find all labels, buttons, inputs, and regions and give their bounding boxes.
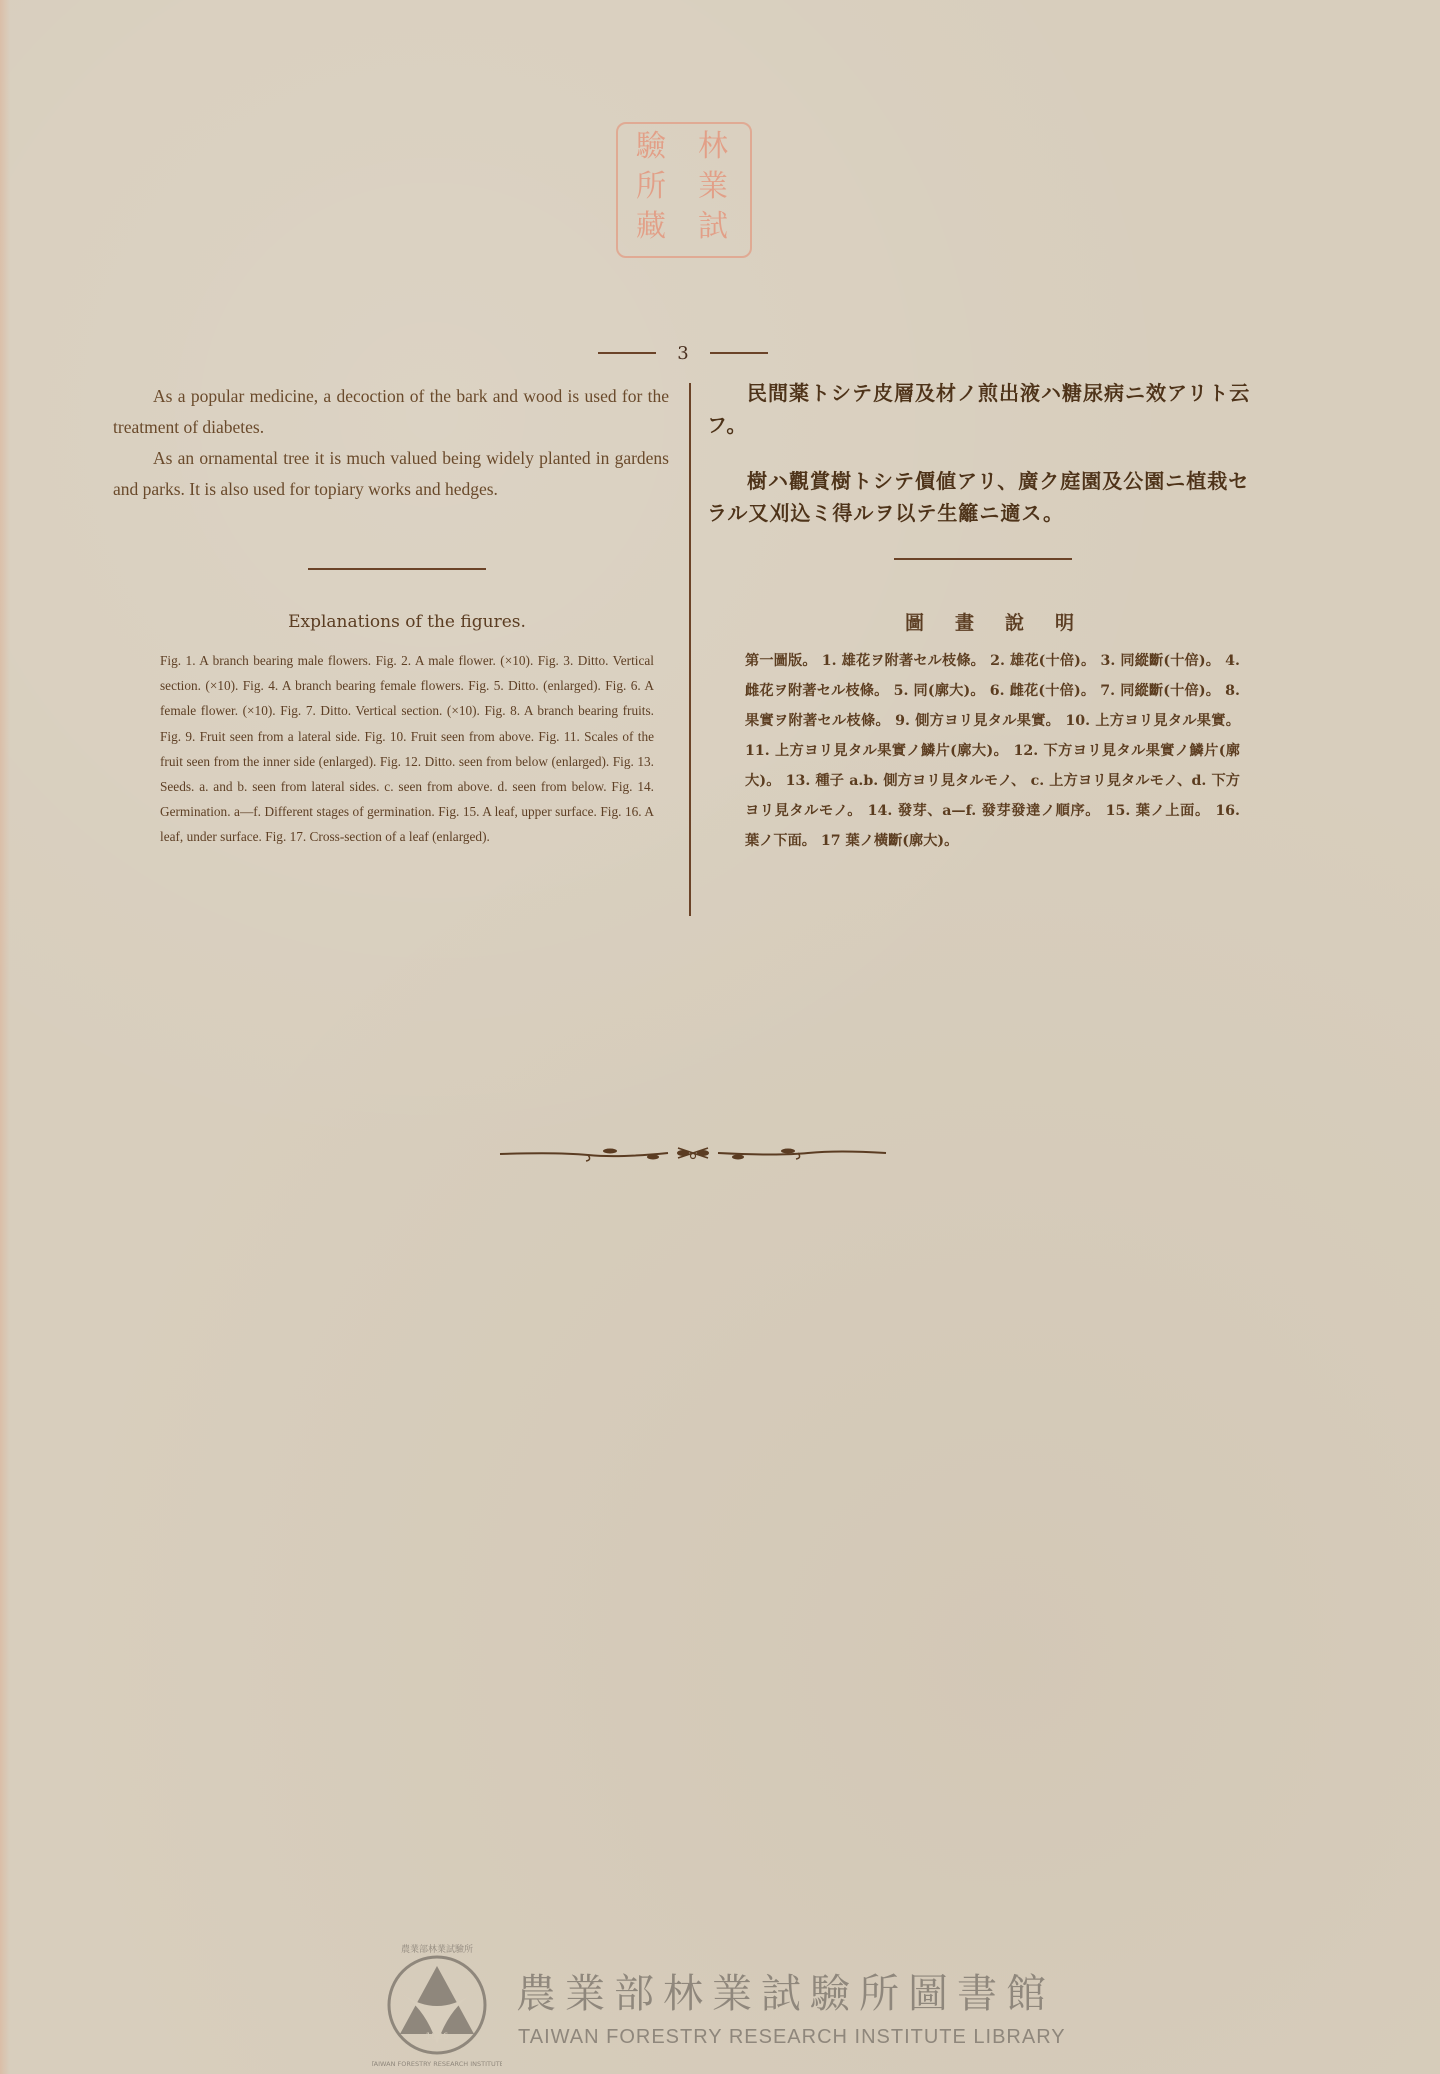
english-paragraph: As an ornamental tree it is much valued … [113, 443, 669, 505]
seal-char: 所 [636, 172, 666, 202]
page-number-header: 3 [598, 340, 768, 366]
section-rule-english [308, 568, 486, 570]
library-name-english: TAIWAN FORESTRY RESEARCH INSTITUTE LIBRA… [518, 2026, 1066, 2049]
logo-year: 1896 [426, 2032, 449, 2042]
library-watermark: 1896 農業部林業試驗所 TAIWAN FORESTRY RESEARCH I… [372, 1940, 1072, 2070]
english-body-text: As a popular medicine, a decoction of th… [113, 381, 669, 505]
column-divider [689, 383, 691, 916]
figures-title-english: Explanations of the figures. [160, 612, 654, 632]
english-paragraph: As a popular medicine, a decoction of th… [113, 381, 669, 443]
page-number: 3 [677, 343, 688, 364]
japanese-body-text: 民間薬トシテ皮層及材ノ煎出液ハ糖尿病ニ效アリト云フ。 樹ハ觀賞樹トシテ價値アリ、… [707, 377, 1267, 553]
seal-char: 藏 [636, 212, 666, 242]
figures-explanation-japanese: 第一圖版。 1. 雄花ヲ附著セル枝條。 2. 雄花(十倍)。 3. 同縱斷(十倍… [745, 646, 1240, 856]
page-number-rule-right [710, 352, 768, 354]
seal-char: 驗 [636, 132, 666, 162]
japanese-paragraph: 樹ハ觀賞樹トシテ價値アリ、廣ク庭園及公園ニ植栽セラル又刈込ミ得ルヲ以テ生籬ニ適ス… [707, 465, 1267, 529]
page-edge-shadow [0, 0, 10, 2074]
figures-explanation-english: Fig. 1. A branch bearing male flowers. F… [160, 648, 654, 850]
page-number-rule-left [598, 352, 656, 354]
ornamental-divider [498, 1142, 888, 1166]
logo-ring-top-text: 農業部林業試驗所 [401, 1943, 473, 1955]
section-rule-japanese [894, 558, 1072, 560]
seal-char: 業 [698, 172, 728, 202]
logo-ring-bottom-text: TAIWAN FORESTRY RESEARCH INSTITUTE [372, 2060, 502, 2068]
seal-char: 試 [698, 212, 728, 242]
seal-char: 林 [698, 132, 728, 162]
library-name-chinese: 農業部林業試驗所圖書館 [516, 1962, 1055, 2019]
figures-title-japanese: 圖 畫 說 明 [745, 608, 1240, 635]
japanese-paragraph: 民間薬トシテ皮層及材ノ煎出液ハ糖尿病ニ效アリト云フ。 [707, 377, 1267, 441]
library-seal-stamp: 林 業 試 驗 所 藏 [616, 122, 752, 258]
institute-logo-icon: 1896 農業部林業試驗所 TAIWAN FORESTRY RESEARCH I… [372, 1940, 502, 2070]
